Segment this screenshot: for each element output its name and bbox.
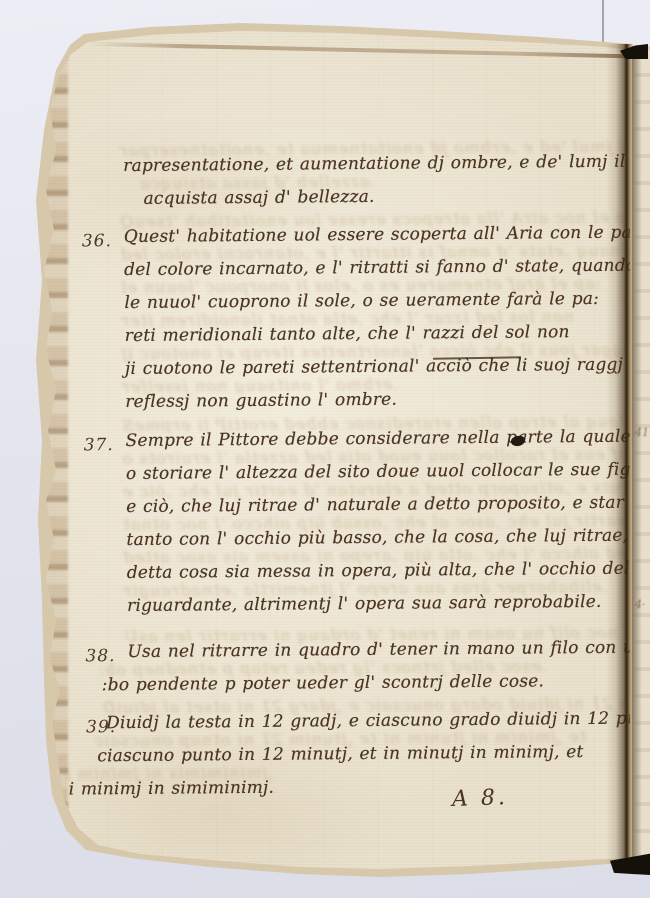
manuscript-page: osiu li jmul 'ed e ,erbmo jd enoitatnemu…	[0, 0, 650, 898]
handwritten-text: i minimj in simiminimj.	[69, 778, 275, 800]
quire-signature: A 8.	[452, 785, 509, 812]
handwritten-text: ji cuotono le pareti settentrional' acci…	[125, 355, 623, 379]
paragraph-number: 36.	[82, 231, 112, 251]
paragraph: 36.iterap el noc airA 'lla atrepocs eres…	[82, 223, 632, 426]
paragraph-number: 37.	[84, 435, 114, 455]
manuscript-scan-scene: osiu li jmul 'ed e ,erbmo jd enoitatnemu…	[0, 0, 650, 898]
manuscript-text: osiu li jmul 'ed e ,erbmo jd enoitatnemu…	[81, 152, 635, 813]
handwritten-text: reti meridionali tanto alte, che l' razz…	[125, 322, 570, 346]
background-hairline	[602, 0, 604, 48]
facing-page-fragment: 41·	[635, 426, 650, 439]
manuscript-line: .jminimimis ni jminim ii minimj in simim…	[69, 775, 635, 813]
handwritten-text: le nuuol' cuoprono il sole, o se ueramen…	[124, 289, 599, 313]
handwritten-text: :bo pendente p poter ueder gl' scontrj d…	[102, 671, 544, 695]
facing-page-fragment: 4·	[635, 598, 646, 611]
handwritten-text: Usa nel ritrarre in quadro d' tener in m…	[127, 637, 650, 662]
handwritten-text: riguardante, altrimentj l' opera sua sar…	[127, 592, 602, 616]
handwritten-text: acquista assaj d' bellezza.	[143, 187, 374, 209]
handwritten-text: ciascuno punto in 12 minutj, et in minut…	[97, 742, 583, 766]
facing-page-sliver: 41·4·	[632, 46, 650, 864]
handwritten-text: reflessj non guastino l' ombre.	[125, 390, 397, 412]
paragraph: 37.a àh elauq al etrap allen eraredisnoc…	[84, 427, 634, 630]
handwritten-text: rapresentatione, et aumentatione dj ombr…	[123, 151, 650, 176]
gutter-shadow	[606, 44, 634, 864]
paragraph: 39.e ,itnup 21 ni jdiuid odarg onucsaic …	[86, 709, 635, 813]
